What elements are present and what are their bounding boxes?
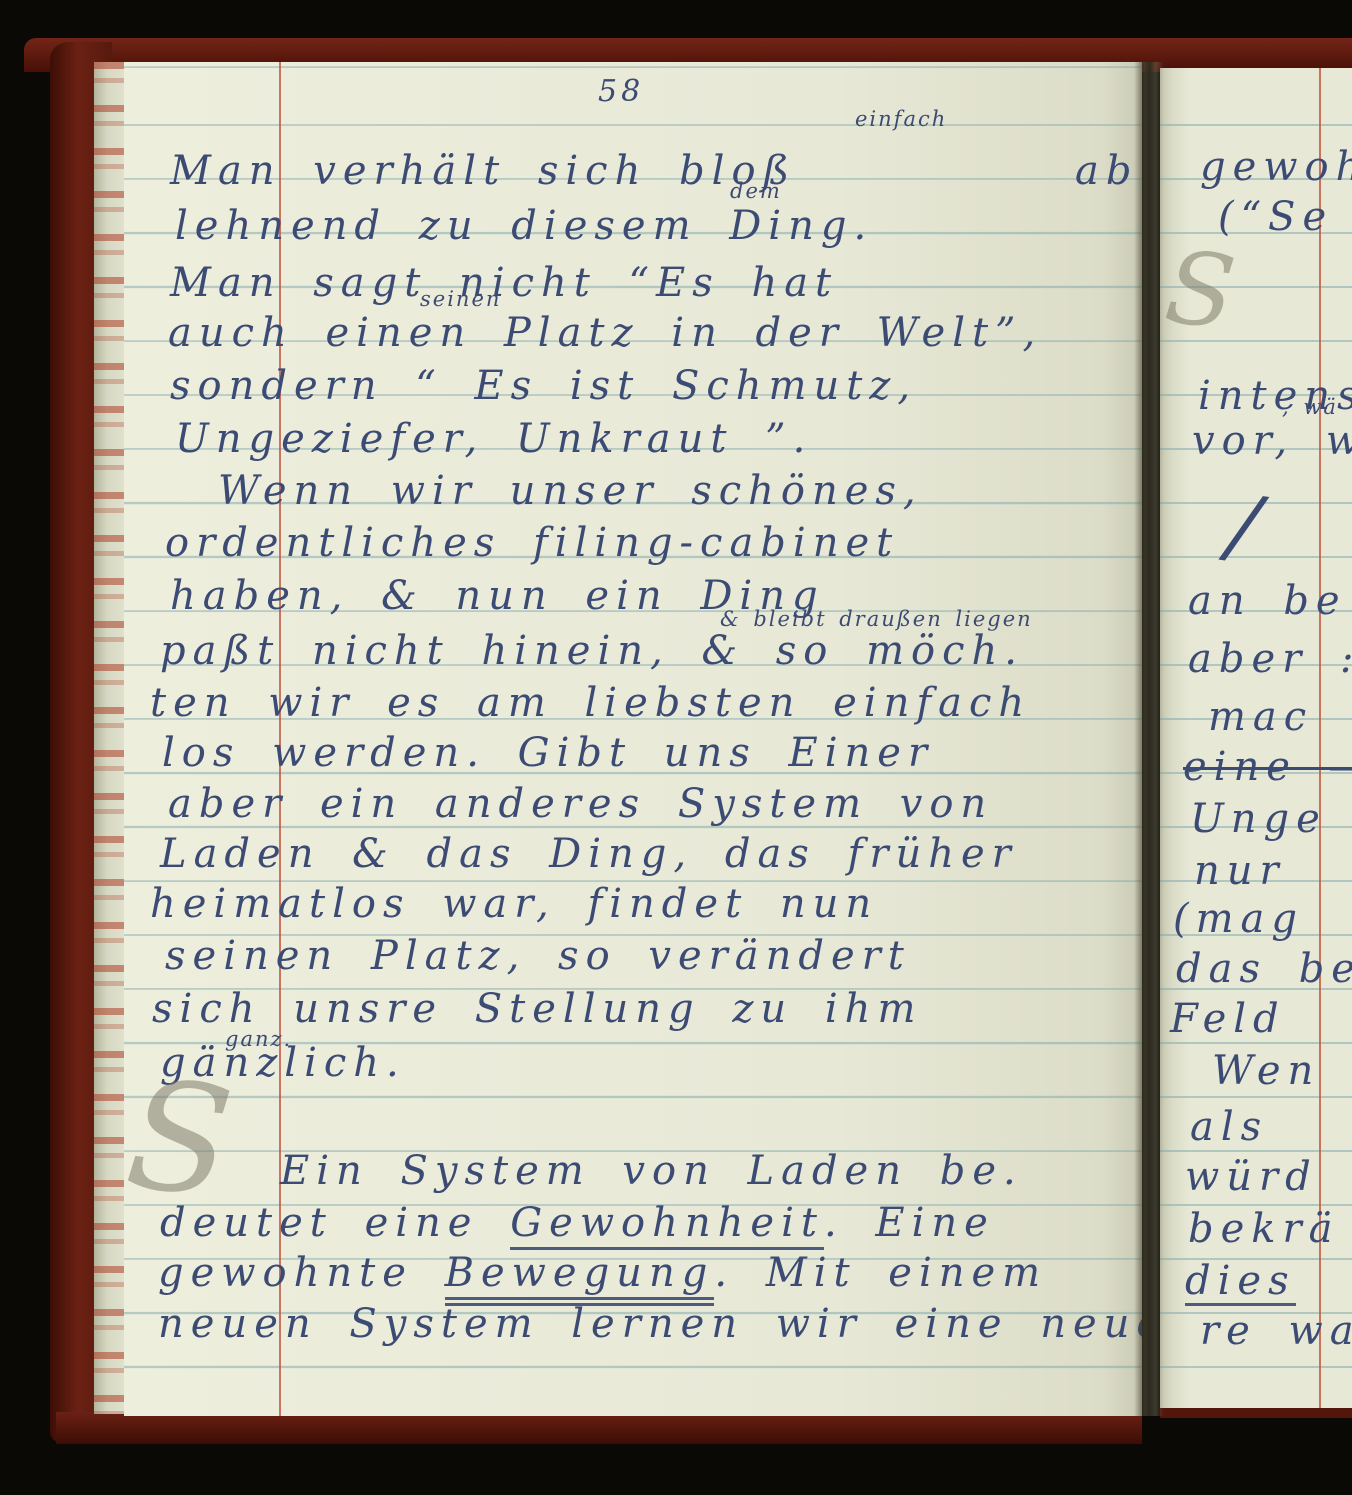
- handwriting-line: Wenn wir unser schönes,: [218, 470, 923, 512]
- line-segment: gewohnte: [158, 1250, 445, 1296]
- right-page: gewoh (“Se S intens , wä vor, w / an be …: [1160, 68, 1352, 1408]
- handwriting-line: gewohnte Bewegung. Mit einem: [158, 1252, 1047, 1294]
- handwriting-line: los werden. Gibt uns Einer: [162, 732, 934, 774]
- underlined-word: Gewohnheit: [510, 1200, 824, 1250]
- interlinear-insertion: einfach: [855, 108, 947, 130]
- underlined-fragment-line: dies: [1185, 1260, 1296, 1306]
- fragment-line: (mag: [1173, 898, 1304, 940]
- fragment-line: würd: [1185, 1156, 1318, 1198]
- handwriting-line: Laden & das Ding, das früher: [160, 833, 1018, 875]
- left-page: 58 einfach dem seinen & bleibt draußen l…: [124, 62, 1142, 1416]
- pencil-margin-mark: S: [1161, 234, 1247, 346]
- line-segment: . Mit einem: [714, 1250, 1047, 1296]
- fragment-line: bekrä: [1188, 1208, 1339, 1250]
- handwriting-line: ab.: [1075, 150, 1142, 192]
- handwriting-line: heimatlos war, findet nun: [150, 883, 878, 925]
- handwriting-line: lehnend zu diesem Ding.: [175, 205, 873, 247]
- fragment-line: gewoh: [1200, 146, 1352, 188]
- double-underlined-word: Bewegung: [445, 1250, 715, 1306]
- handwriting-line: deutet eine Gewohnheit. Eine: [160, 1202, 995, 1244]
- fragment-line: re wa: [1200, 1310, 1352, 1352]
- handwriting-line: Man sagt nicht “Es hat: [170, 262, 838, 304]
- fragment-line: an be: [1188, 580, 1347, 622]
- fragment-line: nur: [1194, 850, 1286, 892]
- handwriting-line: auch einen Platz in der Welt”,: [168, 312, 1042, 354]
- handwriting-line: Ein System von Laden be.: [280, 1150, 1023, 1192]
- line-segment: . Eine: [824, 1200, 995, 1246]
- handwriting-line: ordentliches filing-cabinet: [165, 522, 899, 564]
- struck-fragment-line: eine —: [1183, 746, 1352, 788]
- fragment-line: Unge: [1190, 798, 1327, 840]
- ink-slash-mark: /: [1224, 480, 1264, 571]
- fragment-line: aber : —: [1188, 638, 1352, 680]
- handwriting-line: Man verhält sich bloß: [170, 150, 796, 192]
- book-cover-bottom-edge: [56, 1412, 1142, 1444]
- notebook-photograph: 58 einfach dem seinen & bleibt draußen l…: [0, 0, 1352, 1495]
- handwriting-line: ten wir es am liebsten einfach: [150, 682, 1031, 724]
- fragment-line: mac: [1208, 696, 1313, 738]
- handwriting-line: neuen System lernen wir eine neue: [158, 1303, 1142, 1345]
- handwriting-line: haben, & nun ein Ding: [170, 575, 825, 617]
- handwriting-line: seinen Platz, so verändert: [165, 935, 911, 977]
- fragment-line: als: [1190, 1106, 1268, 1148]
- fragment-line: vor, w: [1192, 420, 1352, 462]
- fragment-line: das be: [1176, 948, 1352, 990]
- fragment-line: (“Se: [1218, 196, 1333, 238]
- page-number: 58: [598, 76, 644, 108]
- pencil-margin-mark: S: [124, 1057, 246, 1225]
- handwriting-line: paßt nicht hinein, & so möch.: [160, 630, 1024, 672]
- fragment-line: , wä: [1282, 396, 1338, 418]
- fragment-line: Wen: [1212, 1050, 1320, 1092]
- handwriting-line: Ungeziefer, Unkraut ”.: [175, 418, 812, 460]
- page-edges-stack: [94, 62, 128, 1414]
- handwriting-line: sich unsre Stellung zu ihm: [152, 988, 922, 1030]
- handwriting-line: aber ein anderes System von: [168, 783, 993, 825]
- book-gutter-shadow: [1134, 62, 1164, 1416]
- fragment-line: Feld: [1170, 998, 1286, 1040]
- handwriting-line: sondern “ Es ist Schmutz,: [170, 365, 917, 407]
